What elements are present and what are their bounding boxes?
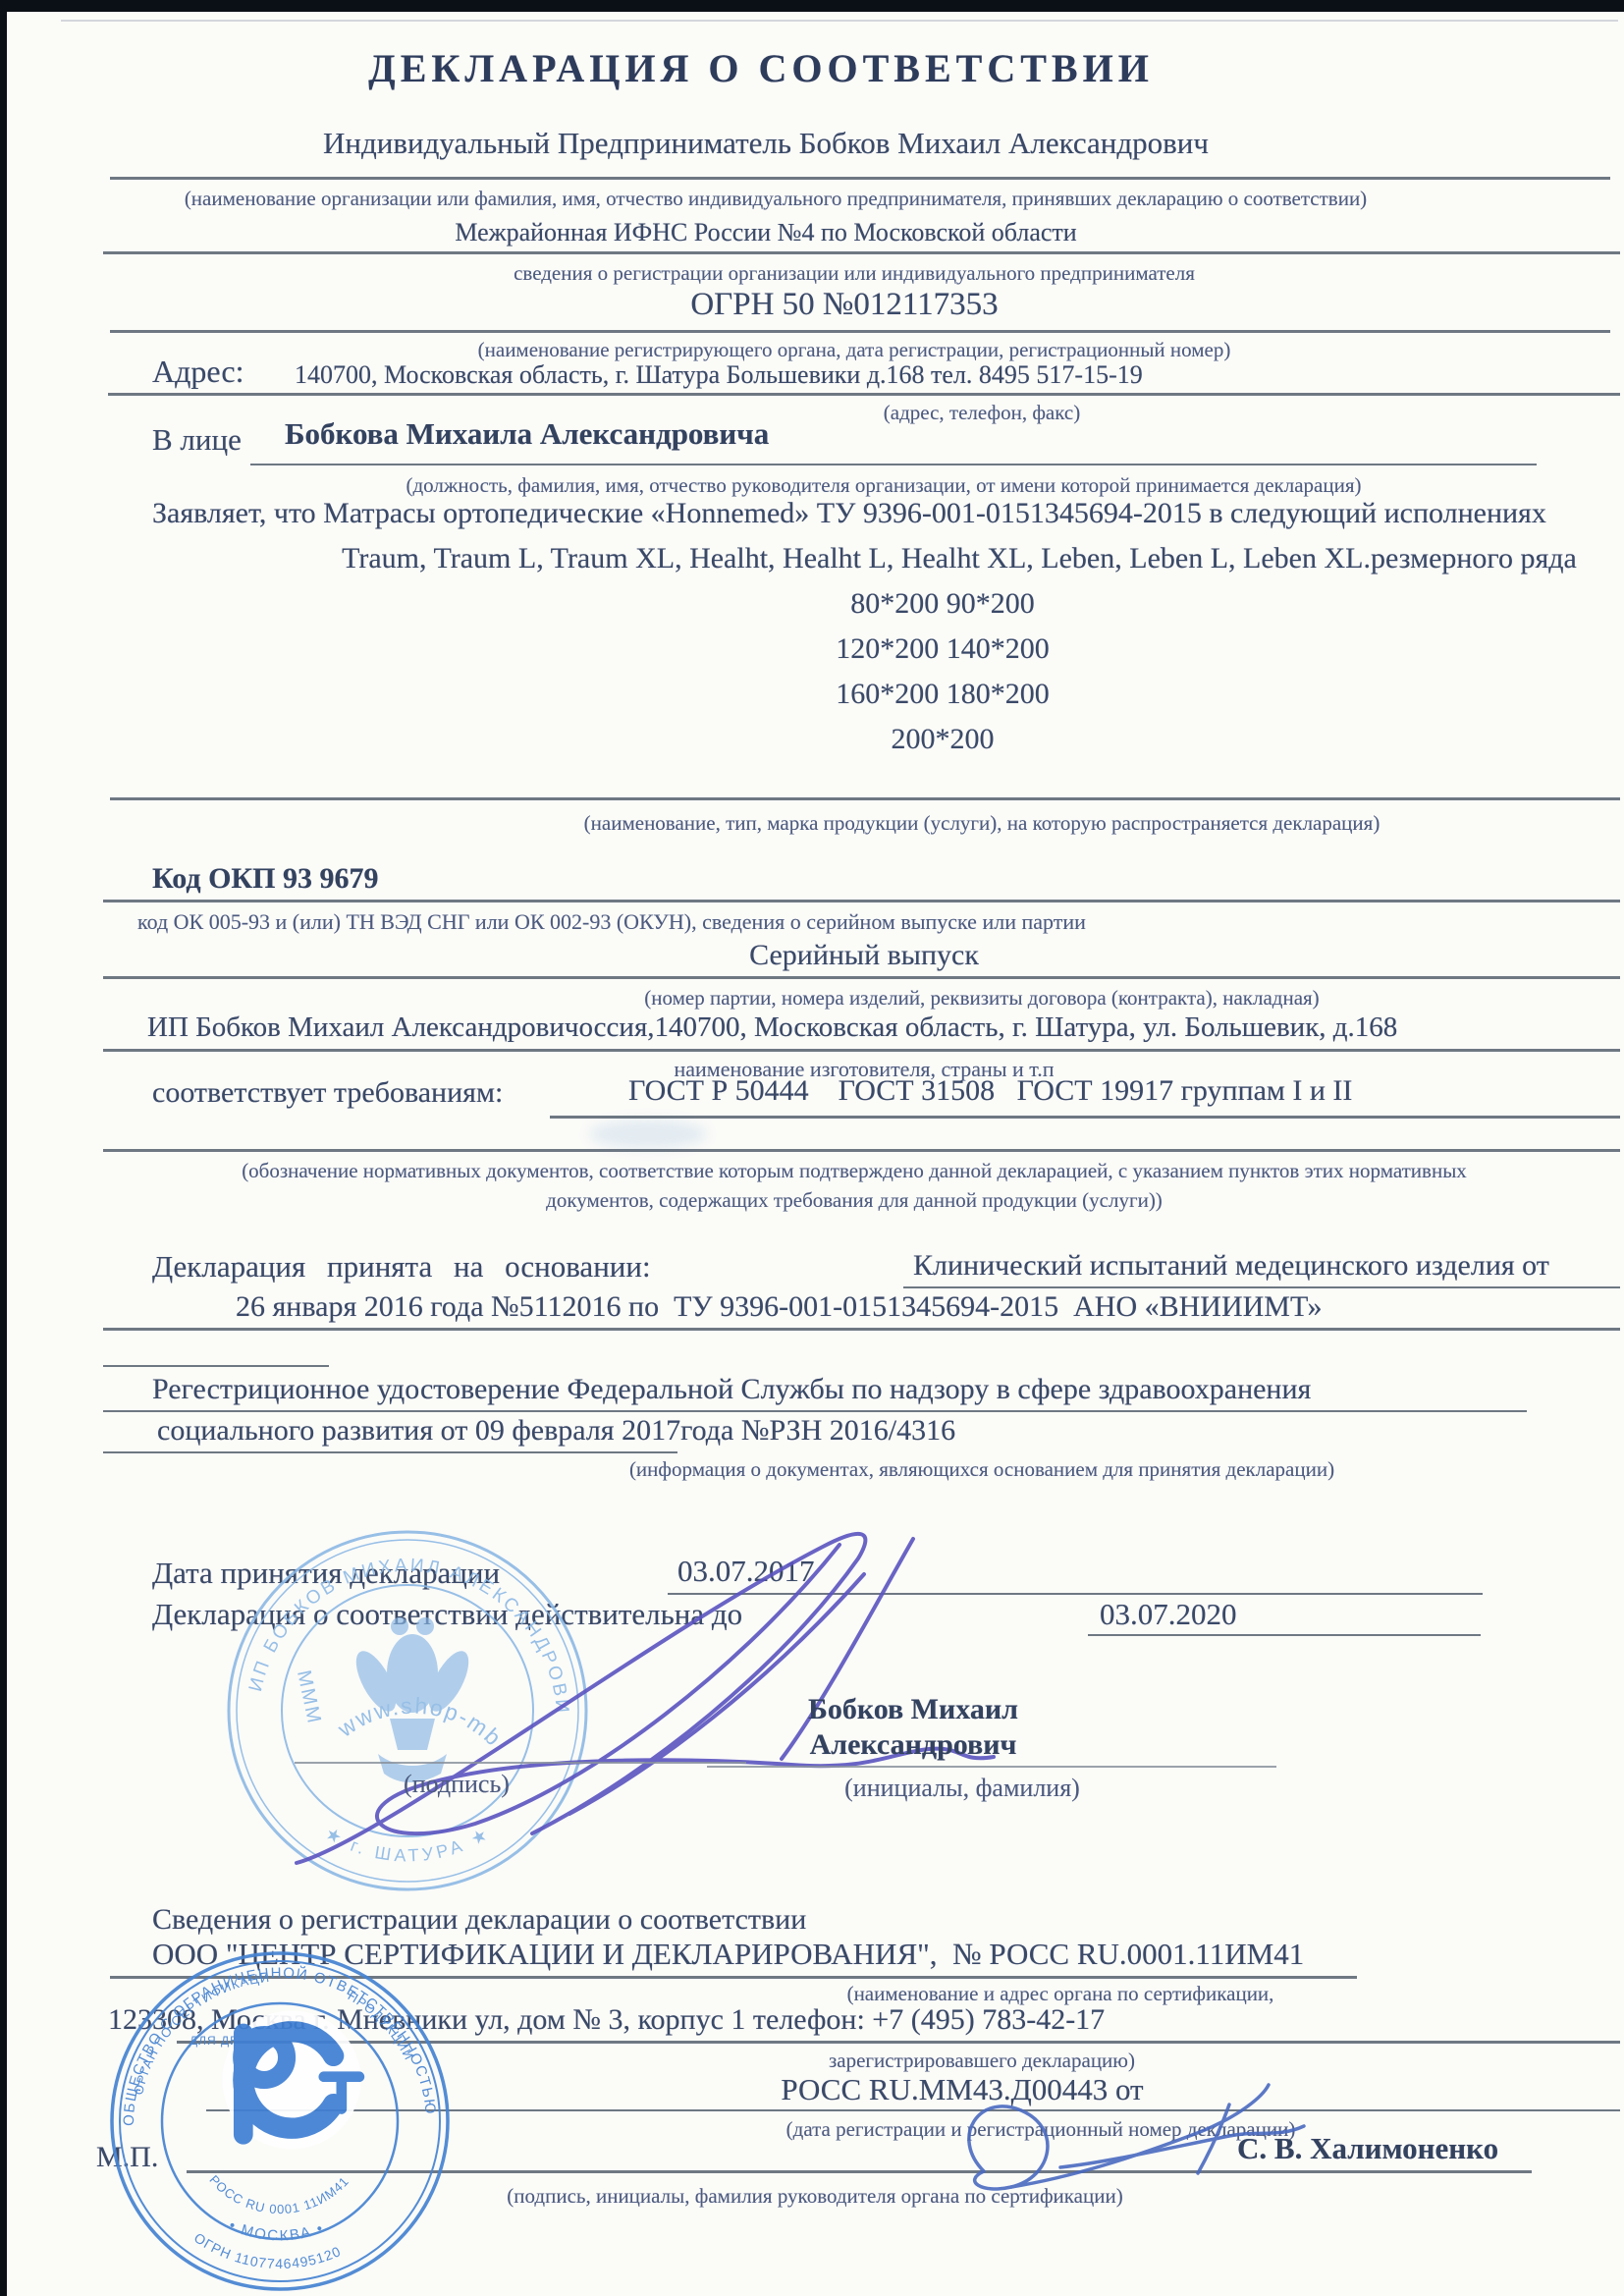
rule: [707, 1766, 1276, 1768]
rule: [108, 393, 1620, 396]
rule: [103, 1365, 329, 1367]
rule: [110, 330, 1610, 333]
rule: [103, 900, 1620, 902]
rule: [1088, 1634, 1481, 1636]
signer-name-line2: Александрович: [687, 1728, 1139, 1762]
rule: [110, 177, 1610, 180]
signer-caption: (инициалы, фамилия): [687, 1774, 1237, 1803]
rule: [903, 1286, 1620, 1288]
tax-office: Межрайонная ИФНС России №4 по Московской…: [118, 218, 1414, 247]
tax-caption: сведения о регистрации организации или и…: [167, 261, 1542, 286]
manufacturer-line: ИП Бобков Михаил Александровичоссия,1407…: [147, 1011, 1397, 1044]
basis-caption: (информация о документах, являющихся осн…: [295, 1457, 1624, 1482]
address-value: 140700, Московская область, г. Шатура Бо…: [295, 360, 1143, 390]
declares-line: Заявляет, что Матрасы ортопедические «Ho…: [152, 497, 1546, 530]
serial-caption: (номер партии, номера изделий, реквизиты…: [295, 986, 1624, 1011]
person-value: Бобкова Михаила Александровича: [285, 416, 769, 452]
page-title: ДЕКЛАРАЦИЯ О СООТВЕТСТВИИ: [0, 45, 1522, 91]
okp-caption: код ОК 005-93 и (или) ТН ВЭД СНГ или ОК …: [137, 909, 1086, 935]
conforms-value: ГОСТ Р 50444 ГОСТ 31508 ГОСТ 19917 групп…: [628, 1074, 1352, 1108]
signer-name-line1: Бобков Михаил: [687, 1693, 1139, 1726]
stamp-city-text: • МОСКВА •: [226, 2216, 326, 2244]
size-row: 160*200 180*200: [393, 678, 1492, 711]
product-caption: (наименование, тип, марка продукции (усл…: [295, 811, 1624, 836]
rule: [550, 1116, 1620, 1119]
certification-head-signature: [913, 2077, 1326, 2214]
conforms-label: соответствует требованиям:: [152, 1076, 503, 1110]
rule: [250, 464, 1537, 465]
rule: [103, 251, 1620, 254]
rule: [103, 976, 1620, 979]
basis-value-line1: Клинический испытаний медецинского издел…: [913, 1249, 1549, 1283]
certification-round-stamp: ОБЩЕСТВО С ОГРАНИЧЕННОЙ ОТВЕТСТВЕННОСТЬЮ…: [108, 1949, 452, 2293]
ogrn-caption: (наименование регистрирующего органа, да…: [167, 338, 1542, 362]
registration-header: Сведения о регистрации декларации о соот…: [152, 1903, 806, 1937]
scan-edge-left: [0, 0, 7, 2296]
rule: [103, 1149, 1620, 1152]
rule: [103, 1451, 677, 1453]
scan-edge-top: [0, 0, 1624, 12]
declarant-caption: (наименование организации или фамилия, и…: [98, 187, 1453, 211]
okp-code: Код ОКП 93 9679: [152, 862, 379, 896]
person-caption: (должность, фамилия, имя, отчество руков…: [245, 473, 1522, 498]
ogrn-number: ОГРН 50 №012117353: [196, 287, 1492, 323]
scanned-declaration-page: ДЕКЛАРАЦИЯ О СООТВЕТСТВИИ Индивидуальный…: [0, 0, 1624, 2296]
size-row: 80*200 90*200: [393, 587, 1492, 621]
size-row: 200*200: [393, 723, 1492, 756]
registration-certificate-line1: Регестриционное удостоверение Федерально…: [152, 1373, 1311, 1406]
svg-text:ПРОДУКЦИИ: ПРОДУКЦИИ: [346, 1989, 417, 2063]
rule: [103, 1328, 1620, 1331]
rule: [103, 1410, 1527, 1412]
size-row: 120*200 140*200: [393, 632, 1492, 666]
conforms-caption-line2: документов, содержащих требования для да…: [147, 1188, 1561, 1213]
person-label: В лице: [152, 422, 242, 458]
signature-caption: (подпись): [295, 1770, 619, 1799]
rule: [110, 797, 1620, 800]
certification-address-caption: зарегистрировавшего декларацию): [393, 2049, 1571, 2073]
conforms-caption-line1: (обозначение нормативных документов, соо…: [147, 1159, 1561, 1183]
rule: [295, 1762, 746, 1764]
basis-value-line2: 26 января 2016 года №5112016 по ТУ 9396-…: [236, 1290, 1323, 1324]
stamp-ross-text: РОСС RU 0001 11ИМ41: [206, 2172, 352, 2216]
scan-fold-line: [61, 20, 1618, 22]
svg-text:• МОСКВА •: • МОСКВА •: [226, 2216, 326, 2244]
registration-certificate-line2: социального развития от 09 февраля 2017г…: [157, 1414, 955, 1448]
stamp-product-text: ПРОДУКЦИИ: [346, 1989, 417, 2063]
ink-smudge: [589, 1120, 707, 1149]
declarant-name: Индивидуальный Предприниматель Бобков Ми…: [0, 126, 1532, 161]
rst-logo-icon: [222, 2010, 360, 2149]
address-label: Адрес:: [152, 354, 244, 390]
serial-release: Серийный выпуск: [196, 939, 1532, 972]
models-line: Traum, Traum L, Traum XL, Healht, Healht…: [295, 542, 1624, 575]
valid-until-value: 03.07.2020: [1100, 1597, 1237, 1632]
basis-label: Декларация принята на основании:: [152, 1249, 651, 1285]
rule: [103, 1049, 1620, 1052]
svg-text:РОСС RU 0001 11ИМ41: РОСС RU 0001 11ИМ41: [206, 2172, 352, 2216]
